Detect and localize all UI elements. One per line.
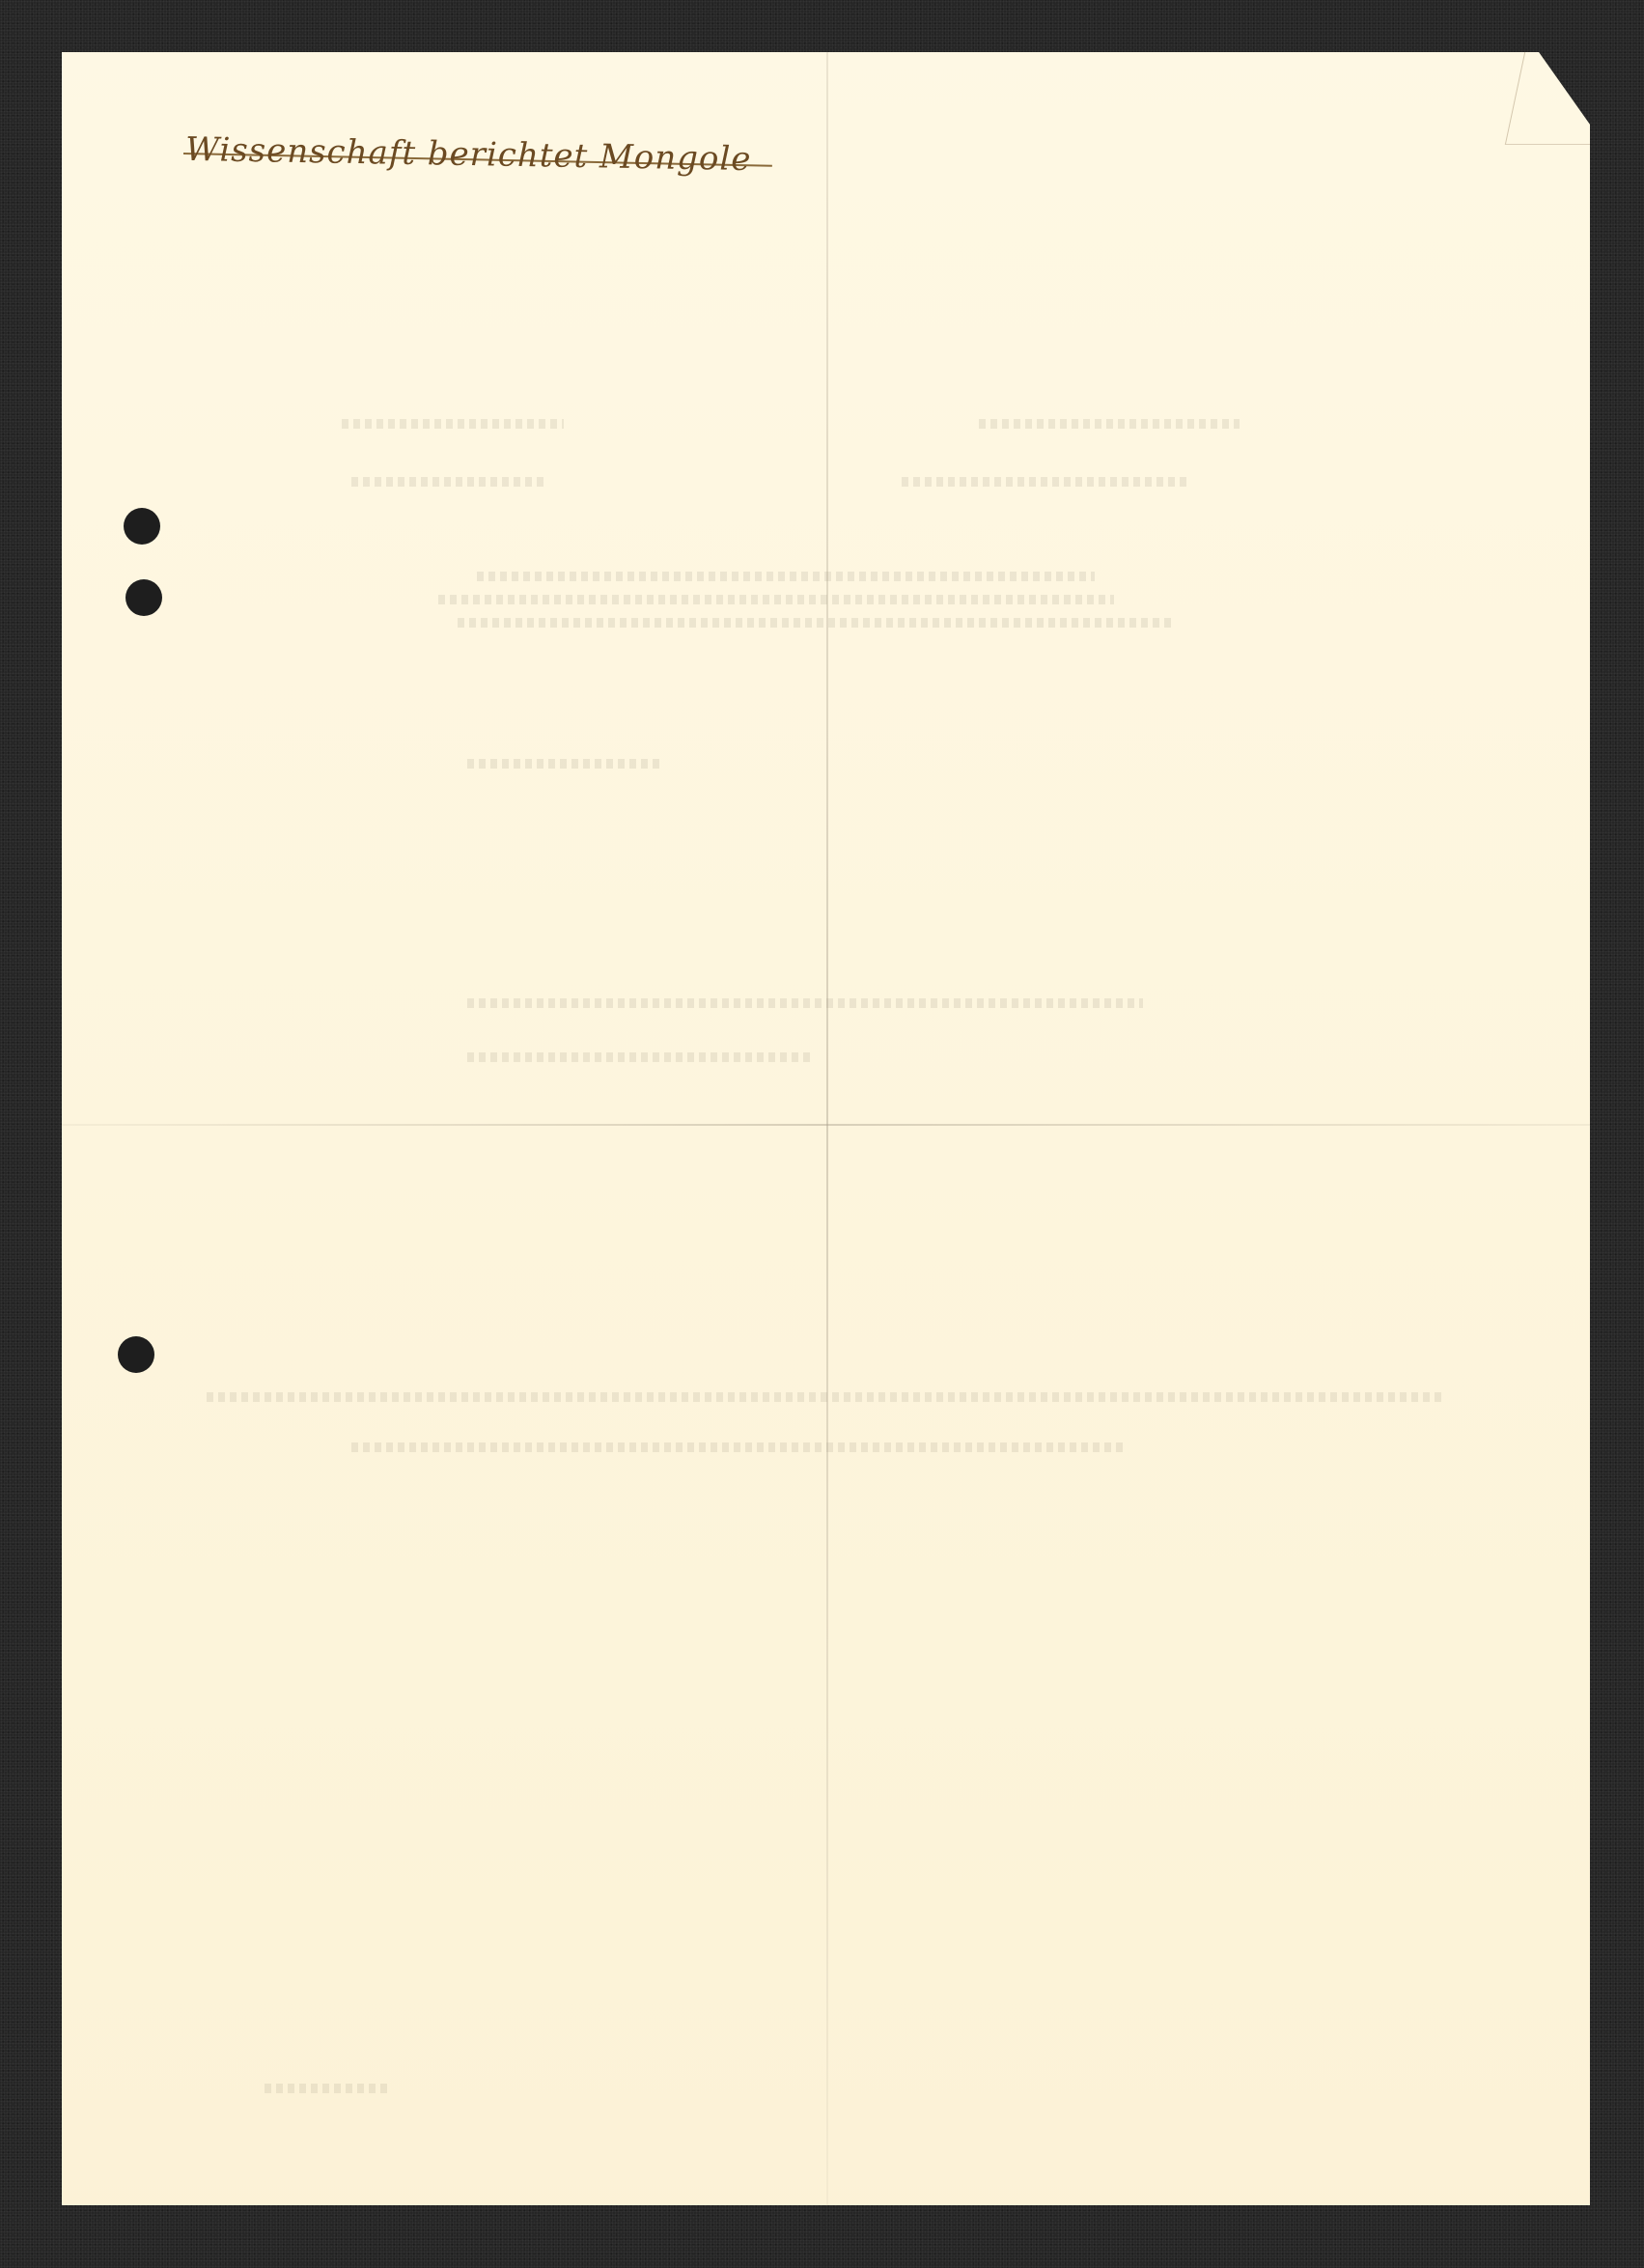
punch-hole [118, 1336, 154, 1373]
folded-corner [1505, 52, 1612, 145]
horizontal-fold-line [62, 1124, 1590, 1126]
punch-hole [124, 508, 160, 545]
document-page: Wissenschaft berichtet Mongole [62, 52, 1590, 2205]
punch-hole [125, 579, 162, 616]
vertical-fold-line [826, 52, 828, 2205]
handwritten-note: Wissenschaft berichtet Mongole [185, 130, 752, 179]
